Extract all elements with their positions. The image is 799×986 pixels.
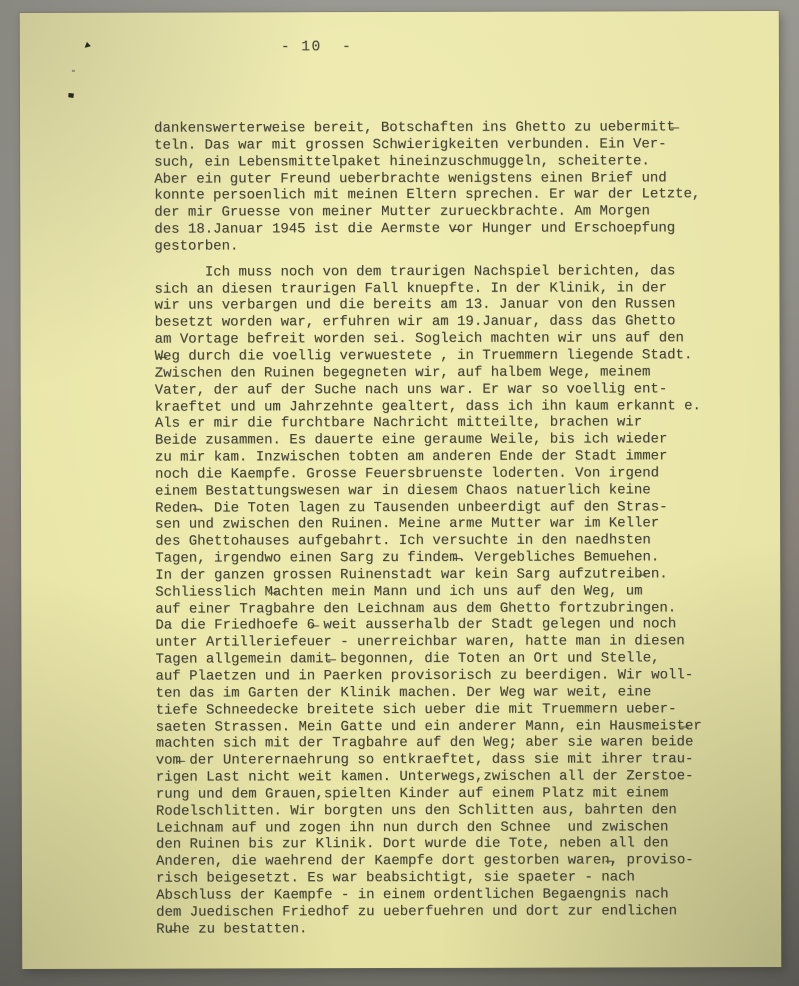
document-page: - 10 - dankenswerterweise bereit, Botsch… bbox=[20, 11, 782, 969]
body-text: dankenswerterweise bereit, Botschaften i… bbox=[154, 119, 741, 938]
ink-speck bbox=[72, 70, 75, 72]
ink-speck bbox=[67, 92, 74, 98]
scan-background: - 10 - dankenswerterweise bereit, Botsch… bbox=[0, 0, 799, 986]
ink-speck bbox=[84, 42, 91, 48]
paragraph-1: dankenswerterweise bereit, Botschaften i… bbox=[154, 119, 739, 255]
paragraph-2: Ich muss noch von dem traurigen Nachspie… bbox=[154, 263, 741, 938]
page-number: - 10 - bbox=[281, 39, 352, 55]
